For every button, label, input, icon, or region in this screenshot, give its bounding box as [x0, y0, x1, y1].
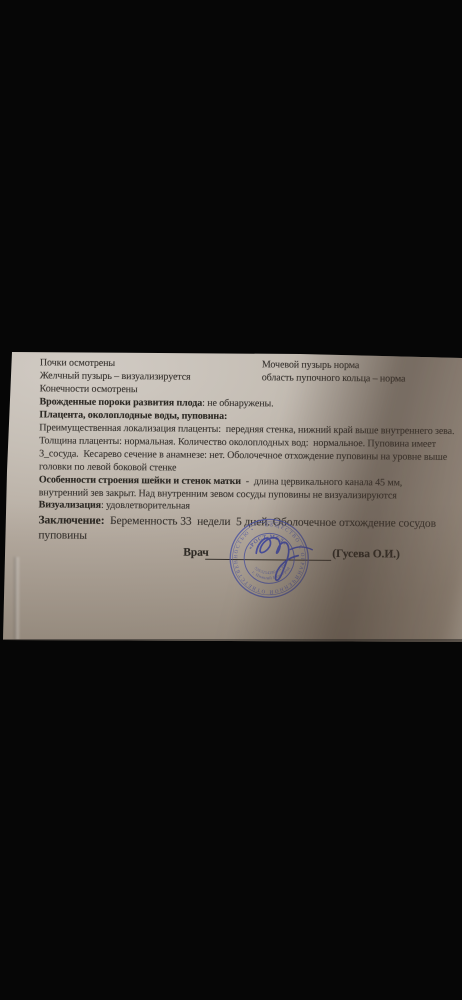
visualization-value: : удовлетворительная — [101, 500, 190, 512]
finding-umbilical-ring: область пупочного кольца – норма — [262, 372, 406, 385]
visualization-label: Визуализация — [39, 499, 101, 511]
congenital-defects-value: : не обнаружены. — [202, 398, 273, 410]
visualization-line: Визуализация: удовлетворительная — [39, 499, 190, 512]
umbilical-vessels-line-2: головки по левой боковой стенке — [39, 461, 177, 474]
finding-bladder: Мочевой пузырь норма — [262, 359, 359, 372]
document-photo: Почки осмотрены Мочевой пузырь норма Жел… — [0, 351, 462, 642]
doctor-name: (Гусева О.И.) — [332, 548, 400, 561]
signature-stroke — [256, 538, 298, 581]
document-content: Почки осмотрены Мочевой пузырь норма Жел… — [0, 351, 462, 646]
doctor-signature — [234, 519, 327, 586]
cervix-value: - длина цервикального канала 45 мм, — [241, 476, 402, 488]
congenital-defects-label: Врожденные пороки развития плода — [40, 396, 203, 408]
signature-flick — [290, 547, 312, 550]
placenta-section-header: Плацента, околоплодные воды, пуповина: — [39, 409, 227, 423]
photo-stage: Почки осмотрены Мочевой пузырь норма Жел… — [0, 0, 462, 1000]
congenital-defects-line: Врожденные пороки развития плода: не обн… — [40, 396, 274, 410]
doctor-label: Врач — [183, 547, 209, 559]
conclusion-label: Заключение: — [38, 514, 104, 527]
cervix-label: Особенности строения шейки и стенок матк… — [39, 474, 241, 487]
finding-gallbladder: Желчный пузырь – визуализируется — [40, 370, 191, 383]
finding-limbs: Конечности осмотрены — [40, 383, 138, 396]
conclusion-line-2: пуповины — [38, 529, 87, 541]
finding-kidneys: Почки осмотрены — [40, 357, 115, 370]
